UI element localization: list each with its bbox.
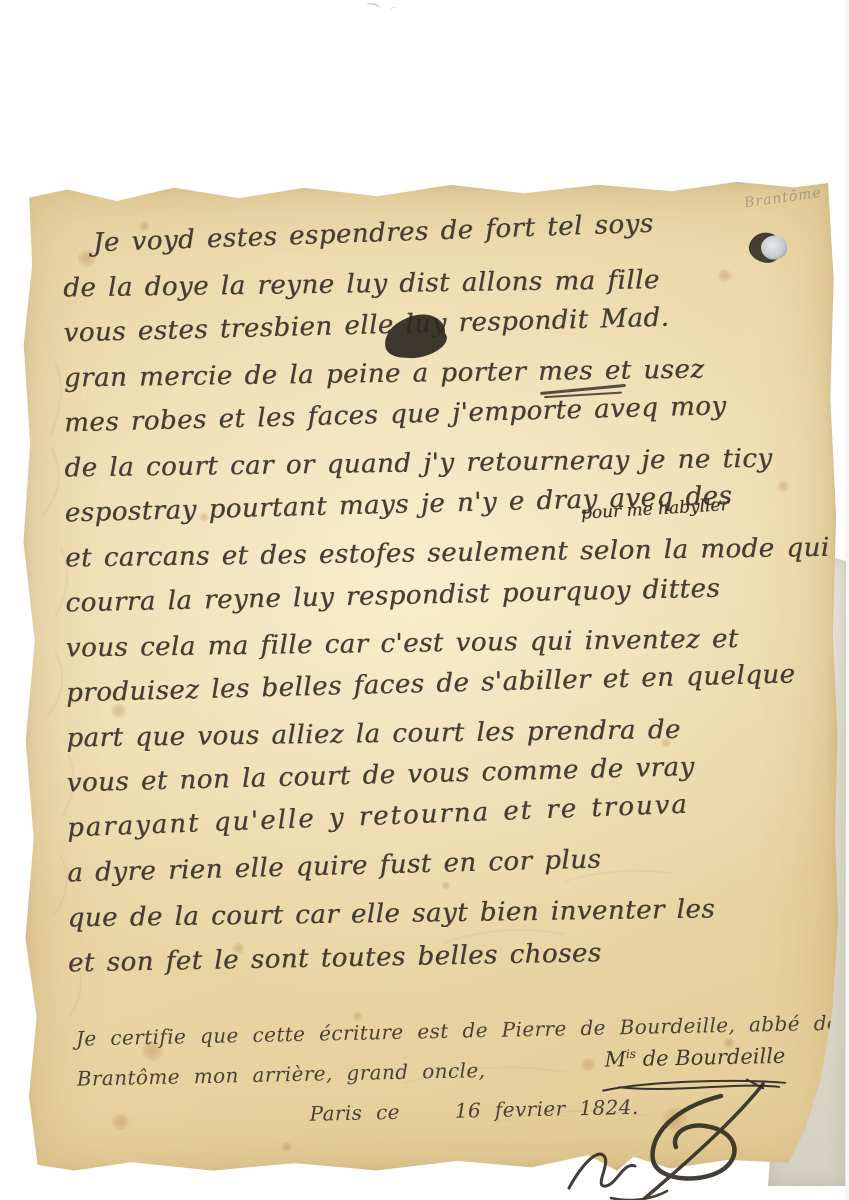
signature-initial: M (604, 1047, 626, 1071)
scanned-letter-page: Je voyd estes espendres de fort tel soys… (0, 0, 849, 1200)
certification-continuation: Brantôme mon arrière, grand oncle, (77, 1058, 486, 1091)
scanner-dust-mark (365, 1, 381, 14)
certifier-signature: Mis de Bourdeille (604, 1044, 785, 1072)
paraph-flourish (553, 1078, 793, 1200)
signature-rest: de Bourdeille (636, 1044, 786, 1071)
signature-superscript: is (626, 1047, 636, 1061)
manuscript-text-block: Je voyd estes espendres de fort tel soys… (63, 216, 828, 986)
scanner-dust-mark (388, 6, 400, 19)
manuscript-paper-sheet: Je voyd estes espendres de fort tel soys… (19, 180, 842, 1176)
